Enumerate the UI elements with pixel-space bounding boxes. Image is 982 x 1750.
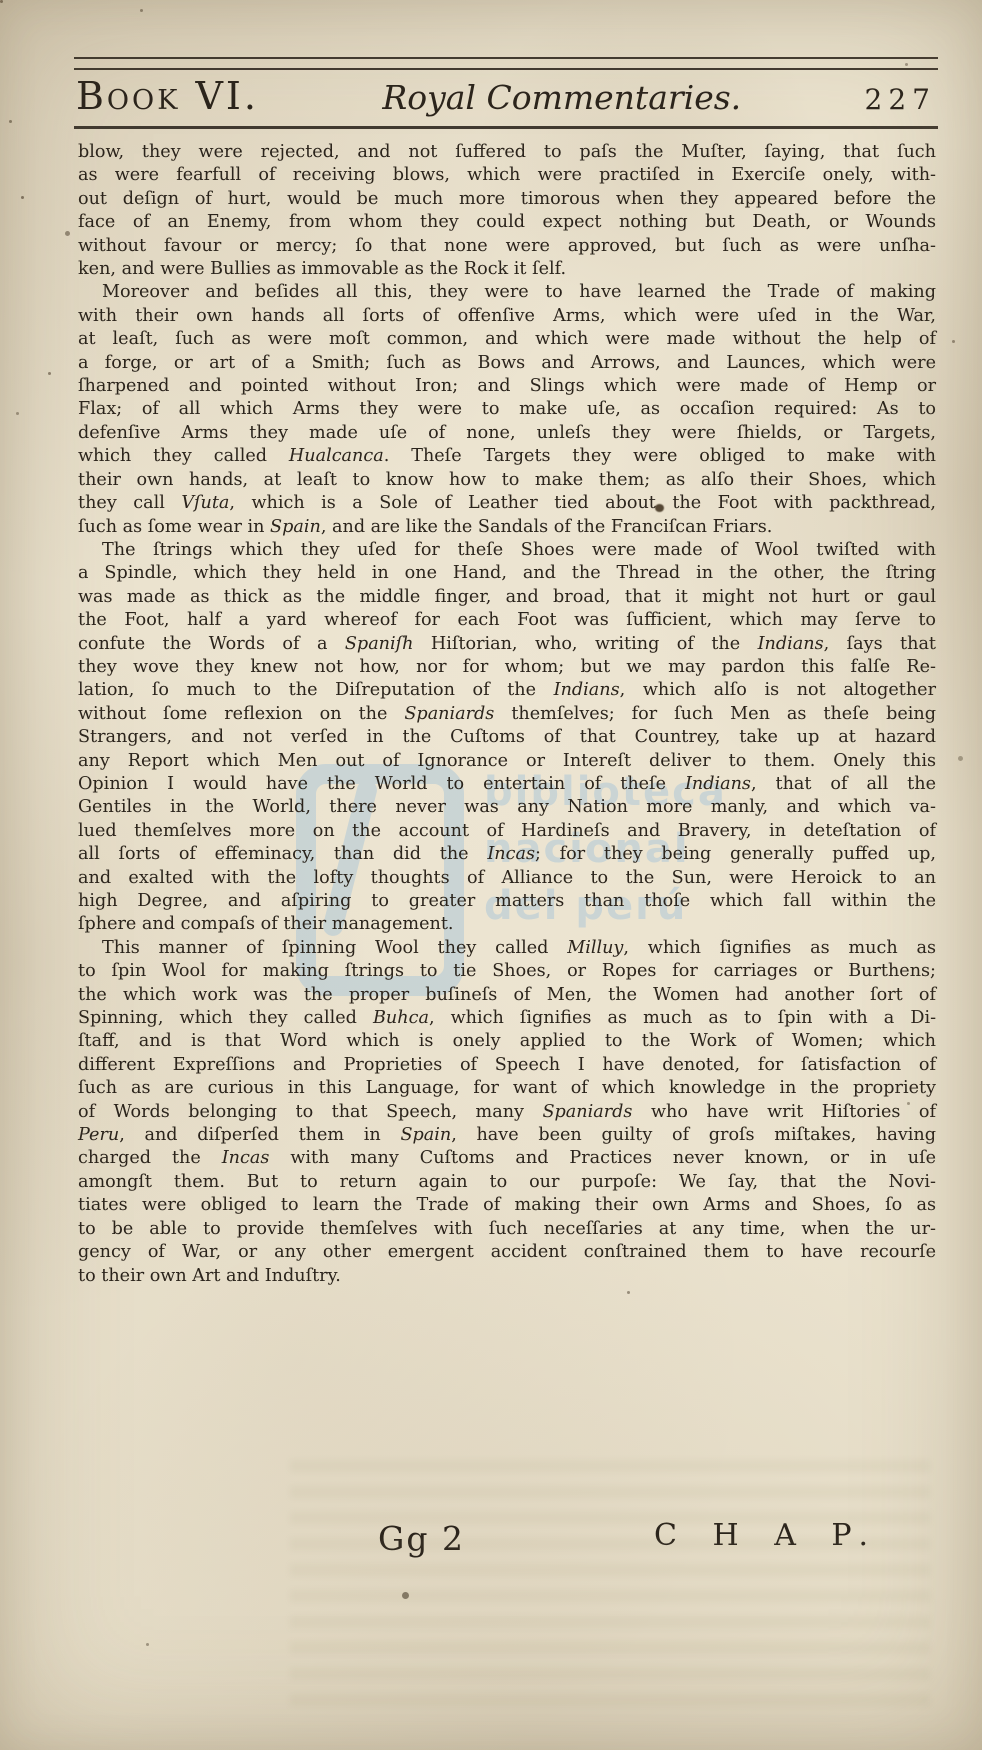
text-line: they call Vſuta, which is a Sole of Leat… (78, 492, 936, 515)
text-run: to ſpin Wool for making ſtrings to tie S… (78, 961, 936, 981)
body-text: blow, they were rejected, and not ſuffer… (78, 141, 936, 1288)
text-line: and exalted with the lofty thoughts of A… (78, 867, 936, 890)
text-run: themſelves; for ſuch Men as theſe being (494, 704, 936, 724)
text-line: of Words belonging to that Speech, many … (78, 1101, 936, 1124)
text-run: ſtaff, and is that Word which is onely a… (78, 1031, 936, 1051)
text-line: Flax; of all which Arms they were to mak… (78, 398, 936, 421)
header-bottom-rule (74, 126, 938, 129)
text-run: This manner of ſpinning Wool they called (102, 938, 567, 958)
text-line: was made as thick as the middle finger, … (78, 586, 936, 609)
text-run: with their own hands all ſorts of offenſ… (78, 306, 936, 326)
text-run: without ſome reflexion on the (78, 704, 404, 724)
italic-term: Indians (758, 634, 824, 654)
italic-term: Incas (222, 1148, 270, 1168)
text-line: high Degree, and aſpiring to greater mat… (78, 890, 936, 913)
text-run: different Expreſſions and Proprieties of… (78, 1055, 936, 1075)
text-run: charged the (78, 1148, 222, 1168)
text-run: ſuch as are curious in this Language, fo… (78, 1078, 936, 1098)
text-line: face of an Enemy, from whom they could e… (78, 211, 936, 234)
reverse-page-showthrough (290, 1460, 930, 1720)
page-number: 227 (865, 83, 936, 116)
text-line: lued themſelves more on the account of H… (78, 820, 936, 843)
text-line: to their own Art and Induſtry. (78, 1265, 936, 1288)
text-run: they call (78, 493, 181, 513)
text-line: a Spindle, which they held in one Hand, … (78, 562, 936, 585)
text-run: ken, and were Bullies as immovable as th… (78, 259, 566, 279)
text-line: different Expreſſions and Proprieties of… (78, 1054, 936, 1077)
text-line: Gentiles in the World, there never was a… (78, 796, 936, 819)
running-header: Book VI. Royal Commentaries. 227 (76, 74, 936, 118)
text-run: lued themſelves more on the account of H… (78, 821, 936, 841)
text-line: to be able to provide themſelves with ſu… (78, 1218, 936, 1241)
text-line: tiates were obliged to learn the Trade o… (78, 1194, 936, 1217)
text-run: , which is a Sole of Leather tied about … (229, 493, 936, 513)
text-line: ſphere and compaſs of their management. (78, 913, 936, 936)
italic-term: Peru (78, 1125, 119, 1145)
text-run: who have writ Hiſtories of (632, 1102, 936, 1122)
text-run: at leaſt, ſuch as were moſt common, and … (78, 329, 936, 349)
text-line: The ſtrings which they uſed for theſe Sh… (78, 539, 936, 562)
text-line: to ſpin Wool for making ſtrings to tie S… (78, 960, 936, 983)
text-run: , which ſignifies as much as to ſpin wit… (429, 1008, 936, 1028)
text-line: This manner of ſpinning Wool they called… (78, 937, 936, 960)
text-run: ſphere and compaſs of their management. (78, 914, 454, 934)
text-run: all ſorts of effeminacy, than did the (78, 844, 487, 864)
text-line: at leaſt, ſuch as were moſt common, and … (78, 328, 936, 351)
text-run: Opinion I would have the World to entert… (78, 774, 685, 794)
paper-specks (0, 0, 3, 3)
text-line: a forge, or art of a Smith; ſuch as Bows… (78, 352, 936, 375)
text-line: their own hands, at leaſt to know how to… (78, 469, 936, 492)
italic-term: Spaniards (404, 704, 494, 724)
text-line: Opinion I would have the World to entert… (78, 773, 936, 796)
text-run: Strangers, and not verſed in the Cuſtoms… (78, 727, 936, 747)
text-run: and exalted with the lofty thoughts of A… (78, 868, 936, 888)
italic-term: Spain (270, 517, 321, 537)
italic-term: Incas (487, 844, 535, 864)
text-run: the which work was the proper buſineſs o… (78, 985, 936, 1005)
text-run: , and are like the Sandals of the Franci… (321, 517, 773, 537)
italic-term: Vſuta (181, 493, 229, 513)
text-line: Peru, and diſperſed them in Spain, have … (78, 1124, 936, 1147)
text-line: as were fearfull of receiving blows, whi… (78, 164, 936, 187)
text-line: without favour or mercy; ſo that none we… (78, 235, 936, 258)
text-run: ſuch as ſome wear in (78, 517, 270, 537)
italic-term: Milluy (567, 938, 623, 958)
book-label: Book VI. (76, 74, 259, 118)
text-run: without favour or mercy; ſo that none we… (78, 236, 936, 256)
running-title: Royal Commentaries. (259, 78, 865, 117)
text-line: defenſive Arms they made uſe of none, un… (78, 422, 936, 445)
text-run: high Degree, and aſpiring to greater mat… (78, 891, 936, 911)
text-run: , ſays that (824, 634, 936, 654)
text-run: of Words belonging to that Speech, many (78, 1102, 542, 1122)
text-run: any Report which Men out of Ignorance or… (78, 751, 936, 771)
text-run: a forge, or art of a Smith; ſuch as Bows… (78, 353, 936, 373)
signature-mark: Gg 2 (378, 1519, 465, 1558)
text-run: their own hands, at leaſt to know how to… (78, 470, 936, 490)
text-line: ſtaff, and is that Word which is onely a… (78, 1030, 936, 1053)
scanned-book-page: bibliotecanacionaldel perú Book VI. Roya… (0, 0, 982, 1750)
italic-term: Buhca (373, 1008, 429, 1028)
text-line: Moreover and beſides all this, they were… (78, 281, 936, 304)
text-run: to be able to provide themſelves with ſu… (78, 1219, 936, 1239)
text-run: with many Cuſtoms and Practices never kn… (269, 1148, 936, 1168)
text-run: , which alſo is not altogether (620, 680, 936, 700)
text-run: Flax; of all which Arms they were to mak… (78, 399, 936, 419)
text-line: ſuch as ſome wear in Spain, and are like… (78, 516, 936, 539)
text-run: to their own Art and Induſtry. (78, 1266, 341, 1286)
text-line: lation, ſo much to the Diſreputation of … (78, 679, 936, 702)
chapter-catchword: C H A P. (654, 1518, 881, 1553)
text-line: without ſome reflexion on the Spaniards … (78, 703, 936, 726)
text-run: tiates were obliged to learn the Trade o… (78, 1195, 936, 1215)
text-run: was made as thick as the middle finger, … (78, 587, 936, 607)
text-line: the Foot, half a yard whereof for each F… (78, 609, 936, 632)
text-line: Spinning, which they called Buhca, which… (78, 1007, 936, 1030)
text-run: . Theſe Targets they were obliged to mak… (384, 446, 936, 466)
text-run: a Spindle, which they held in one Hand, … (78, 563, 936, 583)
text-line: any Report which Men out of Ignorance or… (78, 750, 936, 773)
text-line: charged the Incas with many Cuſtoms and … (78, 1147, 936, 1170)
text-run: lation, ſo much to the Diſreputation of … (78, 680, 554, 700)
text-run: defenſive Arms they made uſe of none, un… (78, 423, 936, 443)
italic-term: Indians (554, 680, 620, 700)
text-run: ; for they being generally puffed up, (535, 844, 936, 864)
text-line: blow, they were rejected, and not ſuffer… (78, 141, 936, 164)
text-run: amongſt them. But to return again to our… (78, 1172, 936, 1192)
text-run: face of an Enemy, from whom they could e… (78, 212, 936, 232)
text-run: as were fearfull of receiving blows, whi… (78, 165, 936, 185)
header-top-rule (74, 57, 938, 70)
text-line: they wove they knew not how, nor for who… (78, 656, 936, 679)
text-run: blow, they were rejected, and not ſuffer… (78, 142, 936, 162)
text-line: the which work was the proper buſineſs o… (78, 984, 936, 1007)
text-line: all ſorts of effeminacy, than did the In… (78, 843, 936, 866)
italic-term: Hualcanca (289, 446, 384, 466)
text-line: ſharpened and pointed without Iron; and … (78, 375, 936, 398)
text-run: The ſtrings which they uſed for theſe Sh… (102, 540, 936, 560)
text-line: amongſt them. But to return again to our… (78, 1171, 936, 1194)
text-run: , have been guilty of groſs miſtakes, ha… (451, 1125, 936, 1145)
text-run: Spinning, which they called (78, 1008, 373, 1028)
italic-term: Spain (400, 1125, 451, 1145)
text-line: confute the Words of a Spaniſh Hiſtorian… (78, 633, 936, 656)
text-line: gency of War, or any other emergent acci… (78, 1241, 936, 1264)
italic-term: Spaniards (542, 1102, 632, 1122)
italic-term: Indians (685, 774, 751, 794)
text-run: ſharpened and pointed without Iron; and … (78, 376, 936, 396)
text-line: ken, and were Bullies as immovable as th… (78, 258, 936, 281)
text-run: they wove they knew not how, nor for who… (78, 657, 936, 677)
text-run: , that of all the (751, 774, 936, 794)
text-run: Hiſtorian, who, writing of the (413, 634, 757, 654)
text-run: , and diſperſed them in (119, 1125, 400, 1145)
text-line: with their own hands all ſorts of offenſ… (78, 305, 936, 328)
text-run: confute the Words of a (78, 634, 345, 654)
text-run: gency of War, or any other emergent acci… (78, 1242, 936, 1262)
text-run: which they called (78, 446, 289, 466)
text-line: Strangers, and not verſed in the Cuſtoms… (78, 726, 936, 749)
text-line: out deſign of hurt, would be much more t… (78, 188, 936, 211)
text-line: which they called Hualcanca. Theſe Targe… (78, 445, 936, 468)
text-run: Moreover and beſides all this, they were… (102, 282, 936, 302)
text-run: , which ſignifies as much as (623, 938, 936, 958)
text-run: Gentiles in the World, there never was a… (78, 797, 936, 817)
text-run: out deſign of hurt, would be much more t… (78, 189, 936, 209)
italic-term: Spaniſh (345, 634, 414, 654)
text-line: ſuch as are curious in this Language, fo… (78, 1077, 936, 1100)
text-run: the Foot, half a yard whereof for each F… (78, 610, 936, 630)
